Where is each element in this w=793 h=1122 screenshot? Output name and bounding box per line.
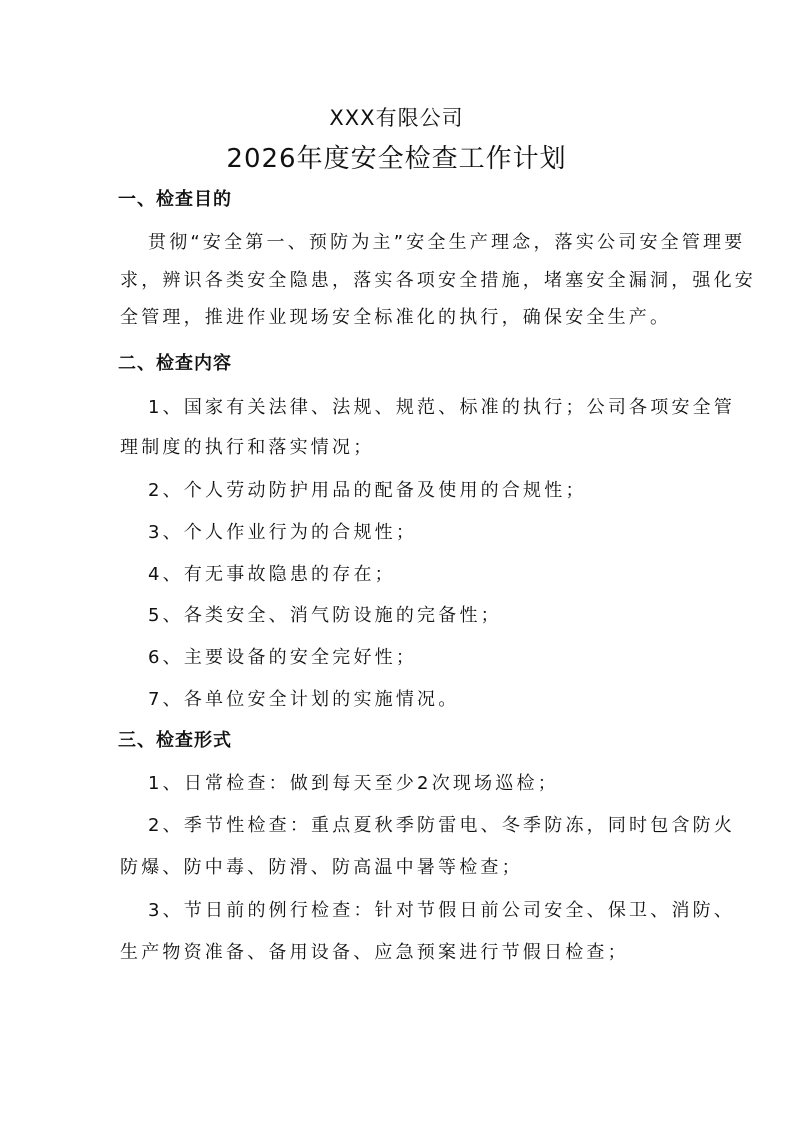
list-item: 1、日常检查：做到每天至少2次现场巡检；: [148, 772, 676, 796]
section-heading-form: 三、检查形式: [118, 729, 232, 753]
list-item: 3、个人作业行为的合规性；: [148, 521, 676, 545]
list-item-continuation: 生产物资准备、备用设备、应急预案进行节假日检查；: [120, 941, 676, 965]
list-item: 7、各单位安全计划的实施情况。: [148, 688, 676, 712]
document-title: 2026年度安全检查工作计划: [0, 142, 793, 176]
list-item: 1、国家有关法律、法规、规范、标准的执行；公司各项安全管: [148, 396, 676, 420]
section-heading-content: 二、检查内容: [118, 352, 232, 376]
document-page: XXX有限公司 2026年度安全检查工作计划 一、检查目的 贯彻“安全第一、预防…: [0, 0, 793, 1122]
section-heading-purpose: 一、检查目的: [118, 188, 232, 212]
company-name: XXX有限公司: [0, 104, 793, 132]
list-item-continuation: 防爆、防中毒、防滑、防高温中暑等检查；: [120, 856, 676, 880]
list-item: 3、节日前的例行检查：针对节假日前公司安全、保卫、消防、: [148, 899, 676, 923]
list-item: 4、有无事故隐患的存在；: [148, 563, 676, 587]
list-item: 5、各类安全、消气防设施的完备性；: [148, 604, 676, 628]
list-item: 2、个人劳动防护用品的配备及使用的合规性；: [148, 479, 676, 503]
paragraph-line: 贯彻“安全第一、预防为主”安全生产理念，落实公司安全管理要: [148, 231, 676, 255]
list-item: 6、主要设备的安全完好性；: [148, 646, 676, 670]
paragraph-line: 全管理，推进作业现场安全标准化的执行，确保安全生产。: [120, 306, 676, 330]
list-item: 2、季节性检查：重点夏秋季防雷电、冬季防冻，同时包含防火: [148, 814, 676, 838]
paragraph-line: 求，辨识各类安全隐患，落实各项安全措施，堵塞安全漏洞，强化安: [120, 269, 676, 293]
list-item-continuation: 理制度的执行和落实情况；: [120, 436, 676, 460]
